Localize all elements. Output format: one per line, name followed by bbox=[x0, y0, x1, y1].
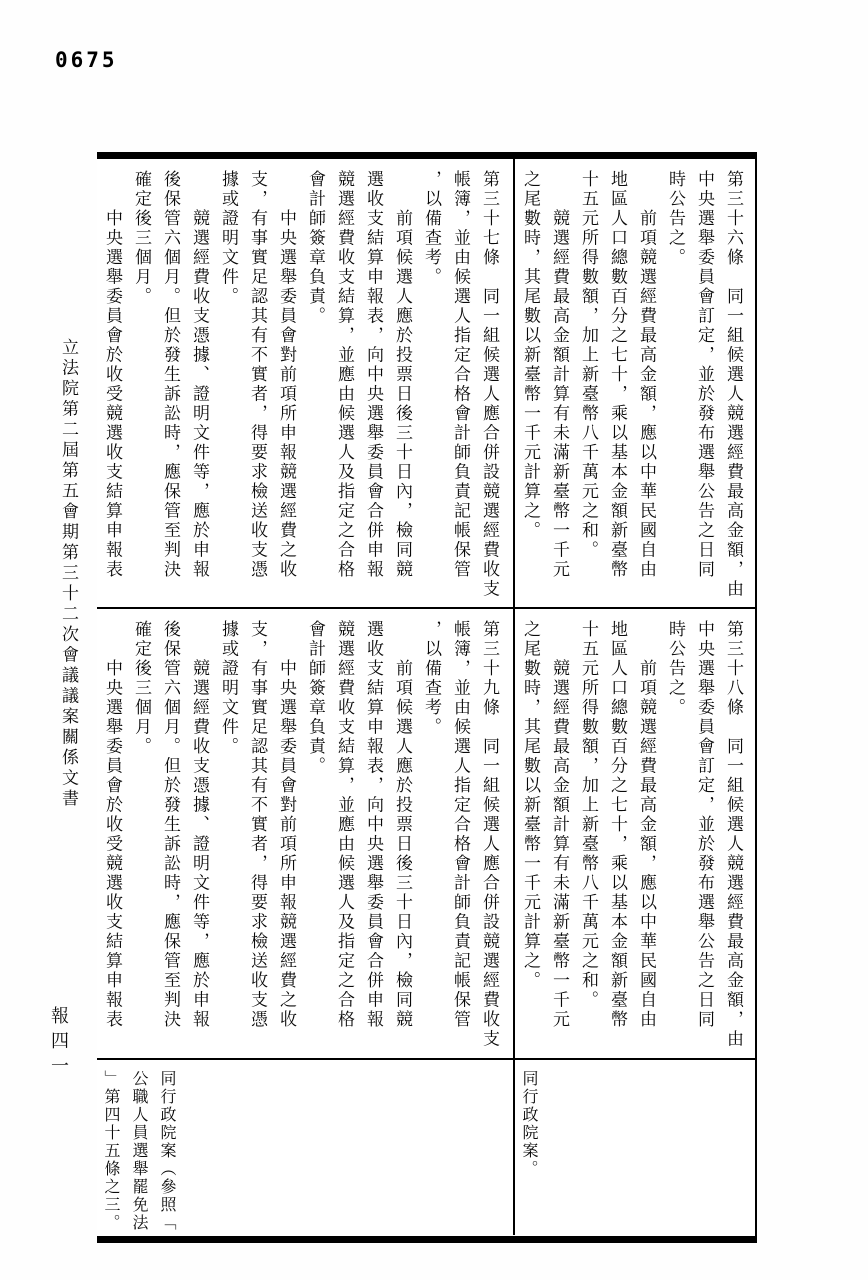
text-column: 競選經費收支憑據、證明文件等，應於申報 bbox=[184, 170, 213, 607]
text-column: 會計師簽章負責。 bbox=[300, 170, 329, 607]
article-39-text: 第三十九條 同一組候選人應合併設競選經費收支帳簿，並由候選人指定合格會計師負責記… bbox=[97, 609, 509, 1058]
article-37-text: 第三十七條 同一組候選人應合併設競選經費收支帳簿，並由候選人指定合格會計師負責記… bbox=[97, 159, 509, 607]
text-column: 確定後三個月。 bbox=[126, 620, 155, 1058]
text-column: 會計師簽章負責。 bbox=[300, 620, 329, 1058]
text-column: 選收支結算申報表，向中央選舉委員會合併申報 bbox=[358, 620, 387, 1058]
text-column: ，以備查考。 bbox=[416, 170, 445, 607]
text-column: 帳簿，並由候選人指定合格會計師負責記帳保管 bbox=[445, 620, 474, 1058]
text-column: 前項候選人應於投票日後三十日內，檢同競 bbox=[387, 170, 416, 607]
row-articles-36-37: 第三十七條 同一組候選人應合併設競選經費收支帳簿，並由候選人指定合格會計師負責記… bbox=[97, 159, 755, 609]
article-38-text: 第三十八條 同一組候選人競選經費最高金額，由中央選舉委員會訂定，並於發布選舉公告… bbox=[515, 609, 753, 1058]
text-column: 選收支結算申報表，向中央選舉委員會合併申報 bbox=[358, 170, 387, 607]
left-margin-session-title: 立法院第二屆第五會期第三十二次會議議案關係文書 bbox=[56, 338, 81, 810]
bottom-margin-folio-label: 報四一 bbox=[45, 1006, 71, 1081]
text-column: 中央選舉委員會訂定，並於發布選舉公告之日同 bbox=[689, 170, 718, 607]
text-column: 確定後三個月。 bbox=[126, 170, 155, 607]
text-column: 競選經費收支結算，並應由候選人及指定之合格 bbox=[329, 620, 358, 1058]
text-column: 同行政院案。 bbox=[515, 1070, 543, 1235]
text-column: 前項競選經費最高金額，應以中華民國自由 bbox=[631, 170, 660, 607]
remark-left-cell: 同行政院案（參照「公職人員選舉罷免法」第四十五條之三。 bbox=[97, 1060, 515, 1235]
remark-right-text: 同行政院案。 bbox=[515, 1060, 549, 1235]
text-column: 支，有事實足認其有不實者，得要求檢送收支憑 bbox=[242, 620, 271, 1058]
text-column: 後保管六個月。但於發生訴訟時，應保管至判決 bbox=[155, 170, 184, 607]
text-column: 地區人口總數百分之七十，乘以基本金額新臺幣 bbox=[602, 170, 631, 607]
text-column: 之尾數時，其尾數以新臺幣一千元計算之。 bbox=[515, 170, 544, 607]
row-articles-38-39: 第三十九條 同一組候選人應合併設競選經費收支帳簿，並由候選人指定合格會計師負責記… bbox=[97, 609, 755, 1060]
text-column: 後保管六個月。但於發生訴訟時，應保管至判決 bbox=[155, 620, 184, 1058]
text-column: 競選經費最高金額計算有未滿新臺幣一千元 bbox=[544, 620, 573, 1058]
text-column: 前項競選經費最高金額，應以中華民國自由 bbox=[631, 620, 660, 1058]
text-column: 時公告之。 bbox=[660, 620, 689, 1058]
article-37-cell: 第三十七條 同一組候選人應合併設競選經費收支帳簿，並由候選人指定合格會計師負責記… bbox=[97, 159, 515, 607]
text-column: 競選經費收支結算，並應由候選人及指定之合格 bbox=[329, 170, 358, 607]
text-column: 第三十八條 同一組候選人競選經費最高金額，由 bbox=[718, 620, 747, 1058]
text-column: 支，有事實足認其有不實者，得要求檢送收支憑 bbox=[242, 170, 271, 607]
gazette-table: 第三十七條 同一組候選人應合併設競選經費收支帳簿，並由候選人指定合格會計師負責記… bbox=[97, 152, 757, 1243]
remark-left-text: 同行政院案（參照「公職人員選舉罷免法」第四十五條之三。 bbox=[97, 1060, 187, 1235]
text-column: 中央選舉委員會對前項所申報競選經費之收 bbox=[271, 170, 300, 607]
text-column: 第三十七條 同一組候選人應合併設競選經費收支 bbox=[474, 170, 503, 607]
text-column: 帳簿，並由候選人指定合格會計師負責記帳保管 bbox=[445, 170, 474, 607]
scanned-document-page: 0675 立法院第二屆第五會期第三十二次會議議案關係文書 報四一 第三十七條 同… bbox=[0, 0, 868, 1280]
text-column: 前項候選人應於投票日後三十日內，檢同競 bbox=[387, 620, 416, 1058]
article-36-cell: 第三十六條 同一組候選人競選經費最高金額，由中央選舉委員會訂定，並於發布選舉公告… bbox=[515, 159, 755, 607]
text-column: 競選經費收支憑據、證明文件等，應於申報 bbox=[184, 620, 213, 1058]
text-column: ，以備查考。 bbox=[416, 620, 445, 1058]
text-column: 時公告之。 bbox=[660, 170, 689, 607]
text-column: 」第四十五條之三。 bbox=[97, 1070, 125, 1235]
text-column: 第三十六條 同一組候選人競選經費最高金額，由 bbox=[718, 170, 747, 607]
text-column: 中央選舉委員會於收受競選收支結算申報表 bbox=[97, 620, 126, 1058]
text-column: 十五元所得數額，加上新臺幣八千萬元之和。 bbox=[573, 170, 602, 607]
text-column: 中央選舉委員會訂定，並於發布選舉公告之日同 bbox=[689, 620, 718, 1058]
text-column: 公職人員選舉罷免法 bbox=[125, 1070, 153, 1235]
text-column: 據或證明文件。 bbox=[213, 170, 242, 607]
row-remarks: 同行政院案（參照「公職人員選舉罷免法」第四十五條之三。 同行政院案。 bbox=[97, 1060, 755, 1235]
article-36-text: 第三十六條 同一組候選人競選經費最高金額，由中央選舉委員會訂定，並於發布選舉公告… bbox=[515, 159, 753, 607]
text-column: 之尾數時，其尾數以新臺幣一千元計算之。 bbox=[515, 620, 544, 1058]
article-39-cell: 第三十九條 同一組候選人應合併設競選經費收支帳簿，並由候選人指定合格會計師負責記… bbox=[97, 609, 515, 1058]
text-column: 地區人口總數百分之七十，乘以基本金額新臺幣 bbox=[602, 620, 631, 1058]
text-column: 據或證明文件。 bbox=[213, 620, 242, 1058]
text-column: 十五元所得數額，加上新臺幣八千萬元之和。 bbox=[573, 620, 602, 1058]
article-38-cell: 第三十八條 同一組候選人競選經費最高金額，由中央選舉委員會訂定，並於發布選舉公告… bbox=[515, 609, 755, 1058]
text-column: 同行政院案（參照「 bbox=[153, 1070, 181, 1235]
text-column: 中央選舉委員會於收受競選收支結算申報表 bbox=[97, 170, 126, 607]
text-column: 中央選舉委員會對前項所申報競選經費之收 bbox=[271, 620, 300, 1058]
text-column: 競選經費最高金額計算有未滿新臺幣一千元 bbox=[544, 170, 573, 607]
text-column: 第三十九條 同一組候選人應合併設競選經費收支 bbox=[474, 620, 503, 1058]
remark-right-cell: 同行政院案。 bbox=[515, 1060, 755, 1235]
page-number-stamp: 0675 bbox=[55, 48, 118, 72]
